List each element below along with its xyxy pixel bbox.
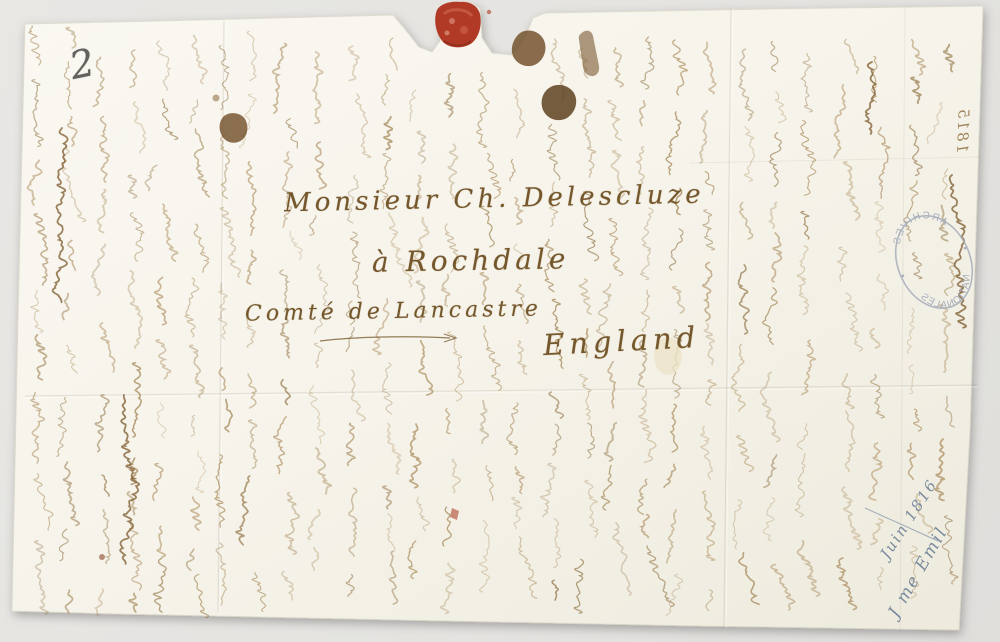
letter-scan: ARCHIVES NATIONALES 2 Monsieur Ch. Deles… <box>0 0 1000 642</box>
side-year-bleedthrough: 1815 <box>953 103 973 154</box>
address-county: Comté de Lancastre <box>245 296 542 326</box>
address-town: à Rochdale <box>372 242 570 278</box>
